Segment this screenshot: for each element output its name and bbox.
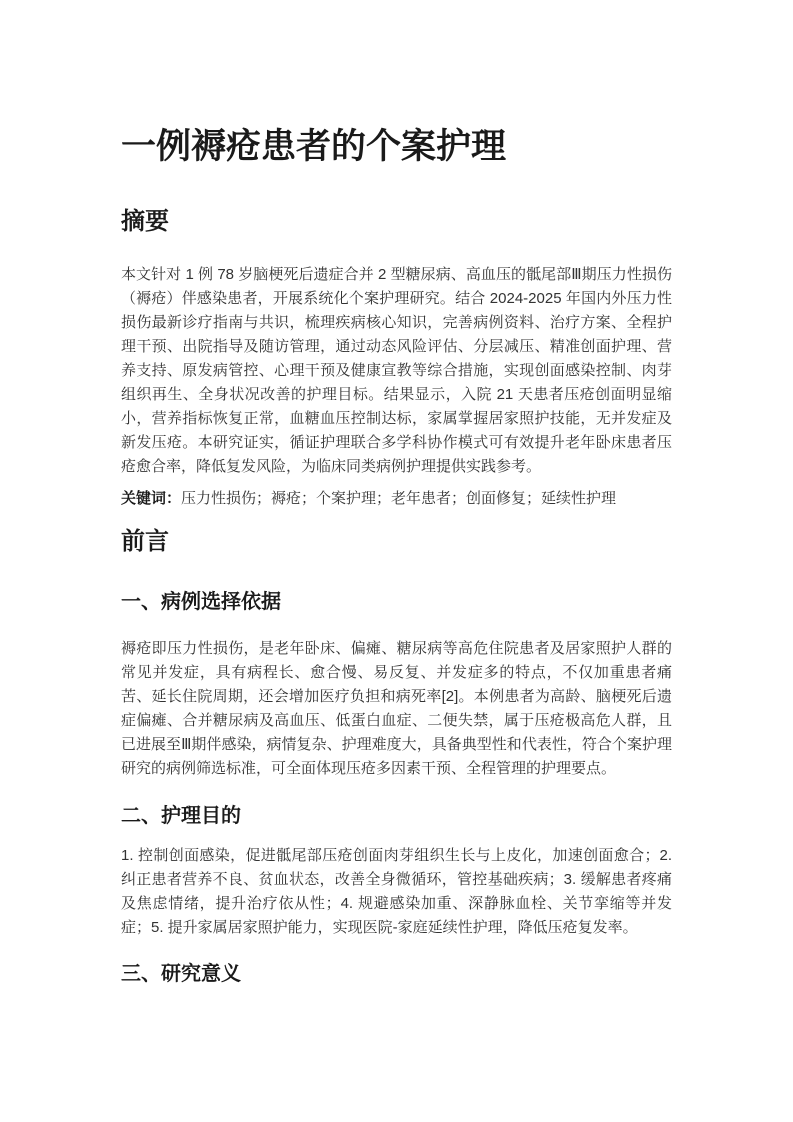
foreword-heading: 前言 (121, 527, 672, 556)
section-3-heading: 三、研究意义 (121, 962, 672, 986)
keywords-label: 关键词： (121, 490, 181, 507)
abstract-paragraph: 本文针对 1 例 78 岁脑梗死后遗症合并 2 型糖尿病、高血压的骶尾部Ⅲ期压力… (121, 263, 672, 479)
section-1-heading: 一、病例选择依据 (121, 590, 672, 614)
abstract-heading: 摘要 (121, 207, 672, 236)
section-2-paragraph: 1. 控制创面感染，促进骶尾部压疮创面肉芽组织生长与上皮化，加速创面愈合；2. … (121, 844, 672, 940)
section-1-paragraph: 褥疮即压力性损伤，是老年卧床、偏瘫、糖尿病等高危住院患者及居家照护人群的常见并发… (121, 637, 672, 781)
document-title: 一例褥疮患者的个案护理 (121, 126, 672, 168)
section-2-heading: 二、护理目的 (121, 804, 672, 828)
document-page: 一例褥疮患者的个案护理 摘要 本文针对 1 例 78 岁脑梗死后遗症合并 2 型… (0, 0, 793, 1122)
keywords-text: 压力性损伤；褥疮；个案护理；老年患者；创面修复；延续性护理 (181, 490, 616, 507)
keywords-line: 关键词：压力性损伤；褥疮；个案护理；老年患者；创面修复；延续性护理 (121, 487, 672, 511)
